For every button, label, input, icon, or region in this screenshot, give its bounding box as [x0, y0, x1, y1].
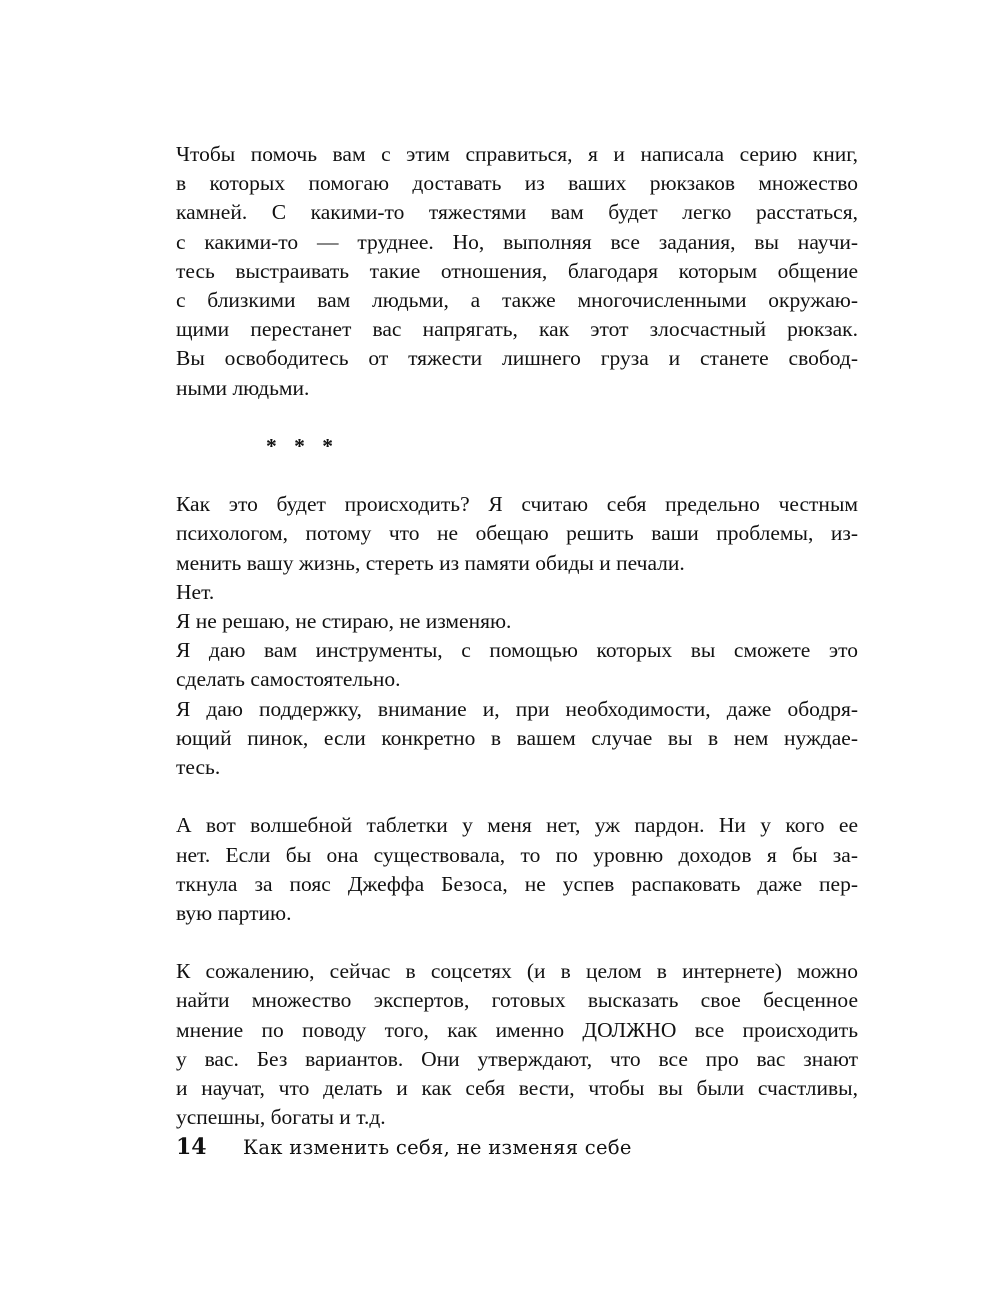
text-line: Я не решаю, не стираю, не изменяю. — [176, 607, 858, 636]
text-line: К сожалению, сейчас в соцсетях (и в цело… — [176, 957, 858, 986]
text-line: тесь. — [176, 753, 858, 782]
text-line: А вот волшебной таблетки у меня нет, уж … — [176, 811, 858, 840]
text-line: ными людьми. — [176, 374, 858, 403]
spacer — [176, 403, 858, 432]
text-line: у вас. Без вариантов. Они утверждают, чт… — [176, 1045, 858, 1074]
text-line: с какими-то — труднее. Но, выполняя все … — [176, 228, 858, 257]
paragraph-1: Чтобы помочь вам с этим справиться, я и … — [176, 140, 858, 403]
page-number: 14 — [176, 1134, 207, 1160]
page-body: Чтобы помочь вам с этим справиться, я и … — [176, 140, 858, 1132]
text-line: найти множество экспертов, готовых выска… — [176, 986, 858, 1015]
paragraph-experts: К сожалению, сейчас в соцсетях (и в цело… — [176, 957, 858, 1132]
text-line: и научат, что делать и как себя вести, ч… — [176, 1074, 858, 1103]
text-line: Я даю вам инструменты, с помощью которых… — [176, 636, 858, 665]
text-line: с близкими вам людьми, а также многочисл… — [176, 286, 858, 315]
spacer — [176, 928, 858, 957]
paragraph-support: Я даю поддержку, внимание и, при необход… — [176, 695, 858, 783]
text-line: щими перестанет вас напрягать, как этот … — [176, 315, 858, 344]
text-line: тесь выстраивать такие отношения, благод… — [176, 257, 858, 286]
text-line: вую партию. — [176, 899, 858, 928]
text-line: нет. Если бы она существовала, то по уро… — [176, 841, 858, 870]
text-line: менить вашу жизнь, стереть из памяти оби… — [176, 549, 858, 578]
paragraph-2: Как это будет происходить? Я считаю себя… — [176, 490, 858, 578]
text-line: мнение по поводу того, как именно ДОЛЖНО… — [176, 1016, 858, 1045]
text-line: Как это будет происходить? Я считаю себя… — [176, 490, 858, 519]
paragraph-magic-pill: А вот волшебной таблетки у меня нет, уж … — [176, 811, 858, 928]
text-line: Я даю поддержку, внимание и, при необход… — [176, 695, 858, 724]
running-title: Как изменить себя, не изменяя себе — [243, 1136, 632, 1159]
text-line: ющий пинок, если конкретно в вашем случа… — [176, 724, 858, 753]
text-line: сделать самостоятельно. — [176, 665, 858, 694]
text-line: Вы освободитесь от тяжести лишнего груза… — [176, 344, 858, 373]
page-footer: 14 Как изменить себя, не изменяя себе — [176, 1134, 632, 1160]
text-line: в которых помогаю доставать из ваших рюк… — [176, 169, 858, 198]
paragraph-tools: Я даю вам инструменты, с помощью которых… — [176, 636, 858, 694]
text-line: ткнула за пояс Джеффа Безоса, не успев р… — [176, 870, 858, 899]
text-line: камней. С какими-то тяжестями вам будет … — [176, 198, 858, 227]
section-separator: * * * — [176, 432, 858, 461]
text-line: Чтобы помочь вам с этим справиться, я и … — [176, 140, 858, 169]
text-line: психологом, потому что не обещаю решить … — [176, 519, 858, 548]
text-line: Нет. — [176, 578, 858, 607]
spacer — [176, 782, 858, 811]
text-line: успешны, богаты и т.д. — [176, 1103, 858, 1132]
spacer — [176, 461, 858, 490]
